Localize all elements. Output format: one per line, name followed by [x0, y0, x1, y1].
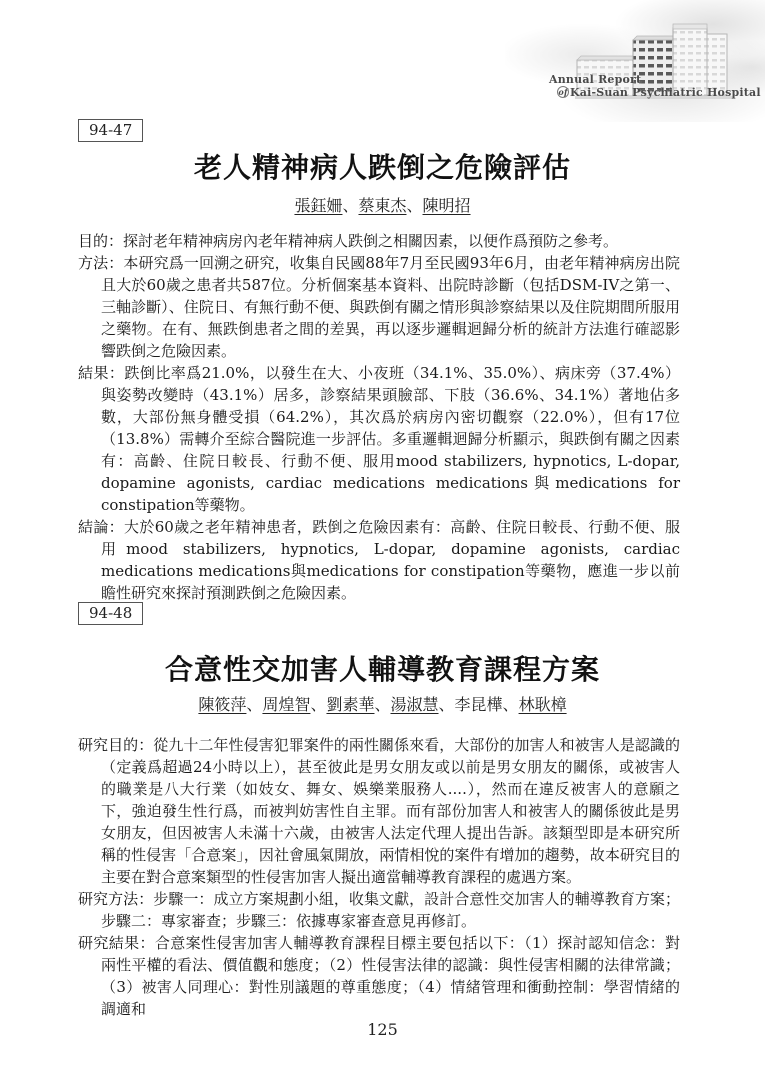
author-separator: 、: [246, 695, 262, 714]
author-name: 李昆樺: [455, 695, 503, 714]
abstract-paragraph-purpose: 目的：探討老年精神病房內老年精神病人跌倒之相關因素，以便作爲預防之參考。: [78, 230, 680, 252]
author-separator: 、: [374, 695, 390, 714]
header-caption: Annual Report ofKai-Suan Psychiatric Hos…: [549, 74, 761, 99]
author-name: 張鈺姍: [294, 196, 342, 215]
hospital-name-text: ofKai-Suan Psychiatric Hospital: [557, 86, 761, 99]
annual-report-text: Annual Report: [549, 74, 761, 86]
author-name: 林耿樟: [519, 695, 567, 714]
section-title-94-48: 合意性交加害人輔導教育課程方案: [0, 648, 765, 688]
report-page: Annual Report ofKai-Suan Psychiatric Hos…: [0, 0, 765, 1084]
paragraph-text: 本研究爲一回溯之研究，收集自民國88年7月至民國93年6月，由老年精神病房出院且…: [101, 254, 680, 360]
of-mark: of: [557, 86, 569, 98]
author-name: 劉素華: [326, 695, 374, 714]
abstract-body-94-47: 目的：探討老年精神病房內老年精神病人跌倒之相關因素，以便作爲預防之參考。 方法：…: [78, 230, 680, 604]
author-separator: 、: [407, 196, 423, 215]
paragraph-label: 研究結果：: [78, 934, 155, 952]
paragraph-text: 跌倒比率爲21.0%，以發生在大、小夜班（34.1%、35.0%）、病床旁（37…: [101, 364, 680, 514]
section-title-94-47: 老人精神病人跌倒之危險評估: [0, 146, 765, 186]
paragraph-label: 方法：: [78, 254, 123, 272]
author-separator: 、: [503, 695, 519, 714]
paragraph-text: 合意案性侵害加害人輔導教育課程目標主要包括以下：（1）探討認知信念：對兩性平權的…: [101, 934, 680, 1018]
author-name: 湯淑慧: [391, 695, 439, 714]
author-name: 周煌智: [262, 695, 310, 714]
section-code-94-47: 94-47: [78, 119, 143, 142]
abstract-body-94-48: 研究目的：從九十二年性侵害犯罪案件的兩性關係來看，大部份的加害人和被害人是認識的…: [78, 734, 680, 1020]
hospital-name: Kai-Suan Psychiatric Hospital: [570, 86, 761, 99]
abstract-paragraph-purpose: 研究目的：從九十二年性侵害犯罪案件的兩性關係來看，大部份的加害人和被害人是認識的…: [78, 734, 680, 888]
paragraph-text: 大於60歲之老年精神患者，跌倒之危險因素有：高齡、住院日較長、行動不便、服用mo…: [101, 518, 680, 602]
abstract-paragraph-result: 研究結果：合意案性侵害加害人輔導教育課程目標主要包括以下：（1）探討認知信念：對…: [78, 932, 680, 1020]
author-name: 蔡東杰: [358, 196, 406, 215]
author-line-94-48: 陳筱萍、周煌智、劉素華、湯淑慧、李昆樺、林耿樟: [0, 692, 765, 715]
author-separator: 、: [342, 196, 358, 215]
paragraph-label: 目的：: [78, 232, 123, 250]
abstract-paragraph-method: 方法：本研究爲一回溯之研究，收集自民國88年7月至民國93年6月，由老年精神病房…: [78, 252, 680, 362]
abstract-paragraph-result: 結果：跌倒比率爲21.0%，以發生在大、小夜班（34.1%、35.0%）、病床旁…: [78, 362, 680, 516]
page-number: 125: [0, 1020, 765, 1039]
author-name: 陳明招: [423, 196, 471, 215]
abstract-paragraph-conclusion: 結論：大於60歲之老年精神患者，跌倒之危險因素有：高齡、住院日較長、行動不便、服…: [78, 516, 680, 604]
author-name: 陳筱萍: [198, 695, 246, 714]
paragraph-label: 研究方法：: [78, 890, 153, 908]
paragraph-label: 結果：: [78, 364, 124, 382]
paragraph-text: 探討老年精神病房內老年精神病人跌倒之相關因素，以便作爲預防之參考。: [123, 232, 618, 250]
section-code-94-48: 94-48: [78, 602, 143, 625]
paragraph-text: 從九十二年性侵害犯罪案件的兩性關係來看，大部份的加害人和被害人是認識的（定義爲超…: [101, 736, 680, 886]
header-artwork: Annual Report ofKai-Suan Psychiatric Hos…: [505, 0, 765, 122]
abstract-paragraph-method: 研究方法：步驟一：成立方案規劃小組，收集文獻，設計合意性交加害人的輔導教育方案；…: [78, 888, 680, 932]
author-separator: 、: [439, 695, 455, 714]
paragraph-label: 結論：: [78, 518, 124, 536]
paragraph-label: 研究目的：: [78, 736, 153, 754]
author-line-94-47: 張鈺姍、蔡東杰、陳明招: [0, 193, 765, 216]
author-separator: 、: [310, 695, 326, 714]
paragraph-text: 步驟一：成立方案規劃小組，收集文獻，設計合意性交加害人的輔導教育方案；步驟二：專…: [101, 890, 680, 930]
